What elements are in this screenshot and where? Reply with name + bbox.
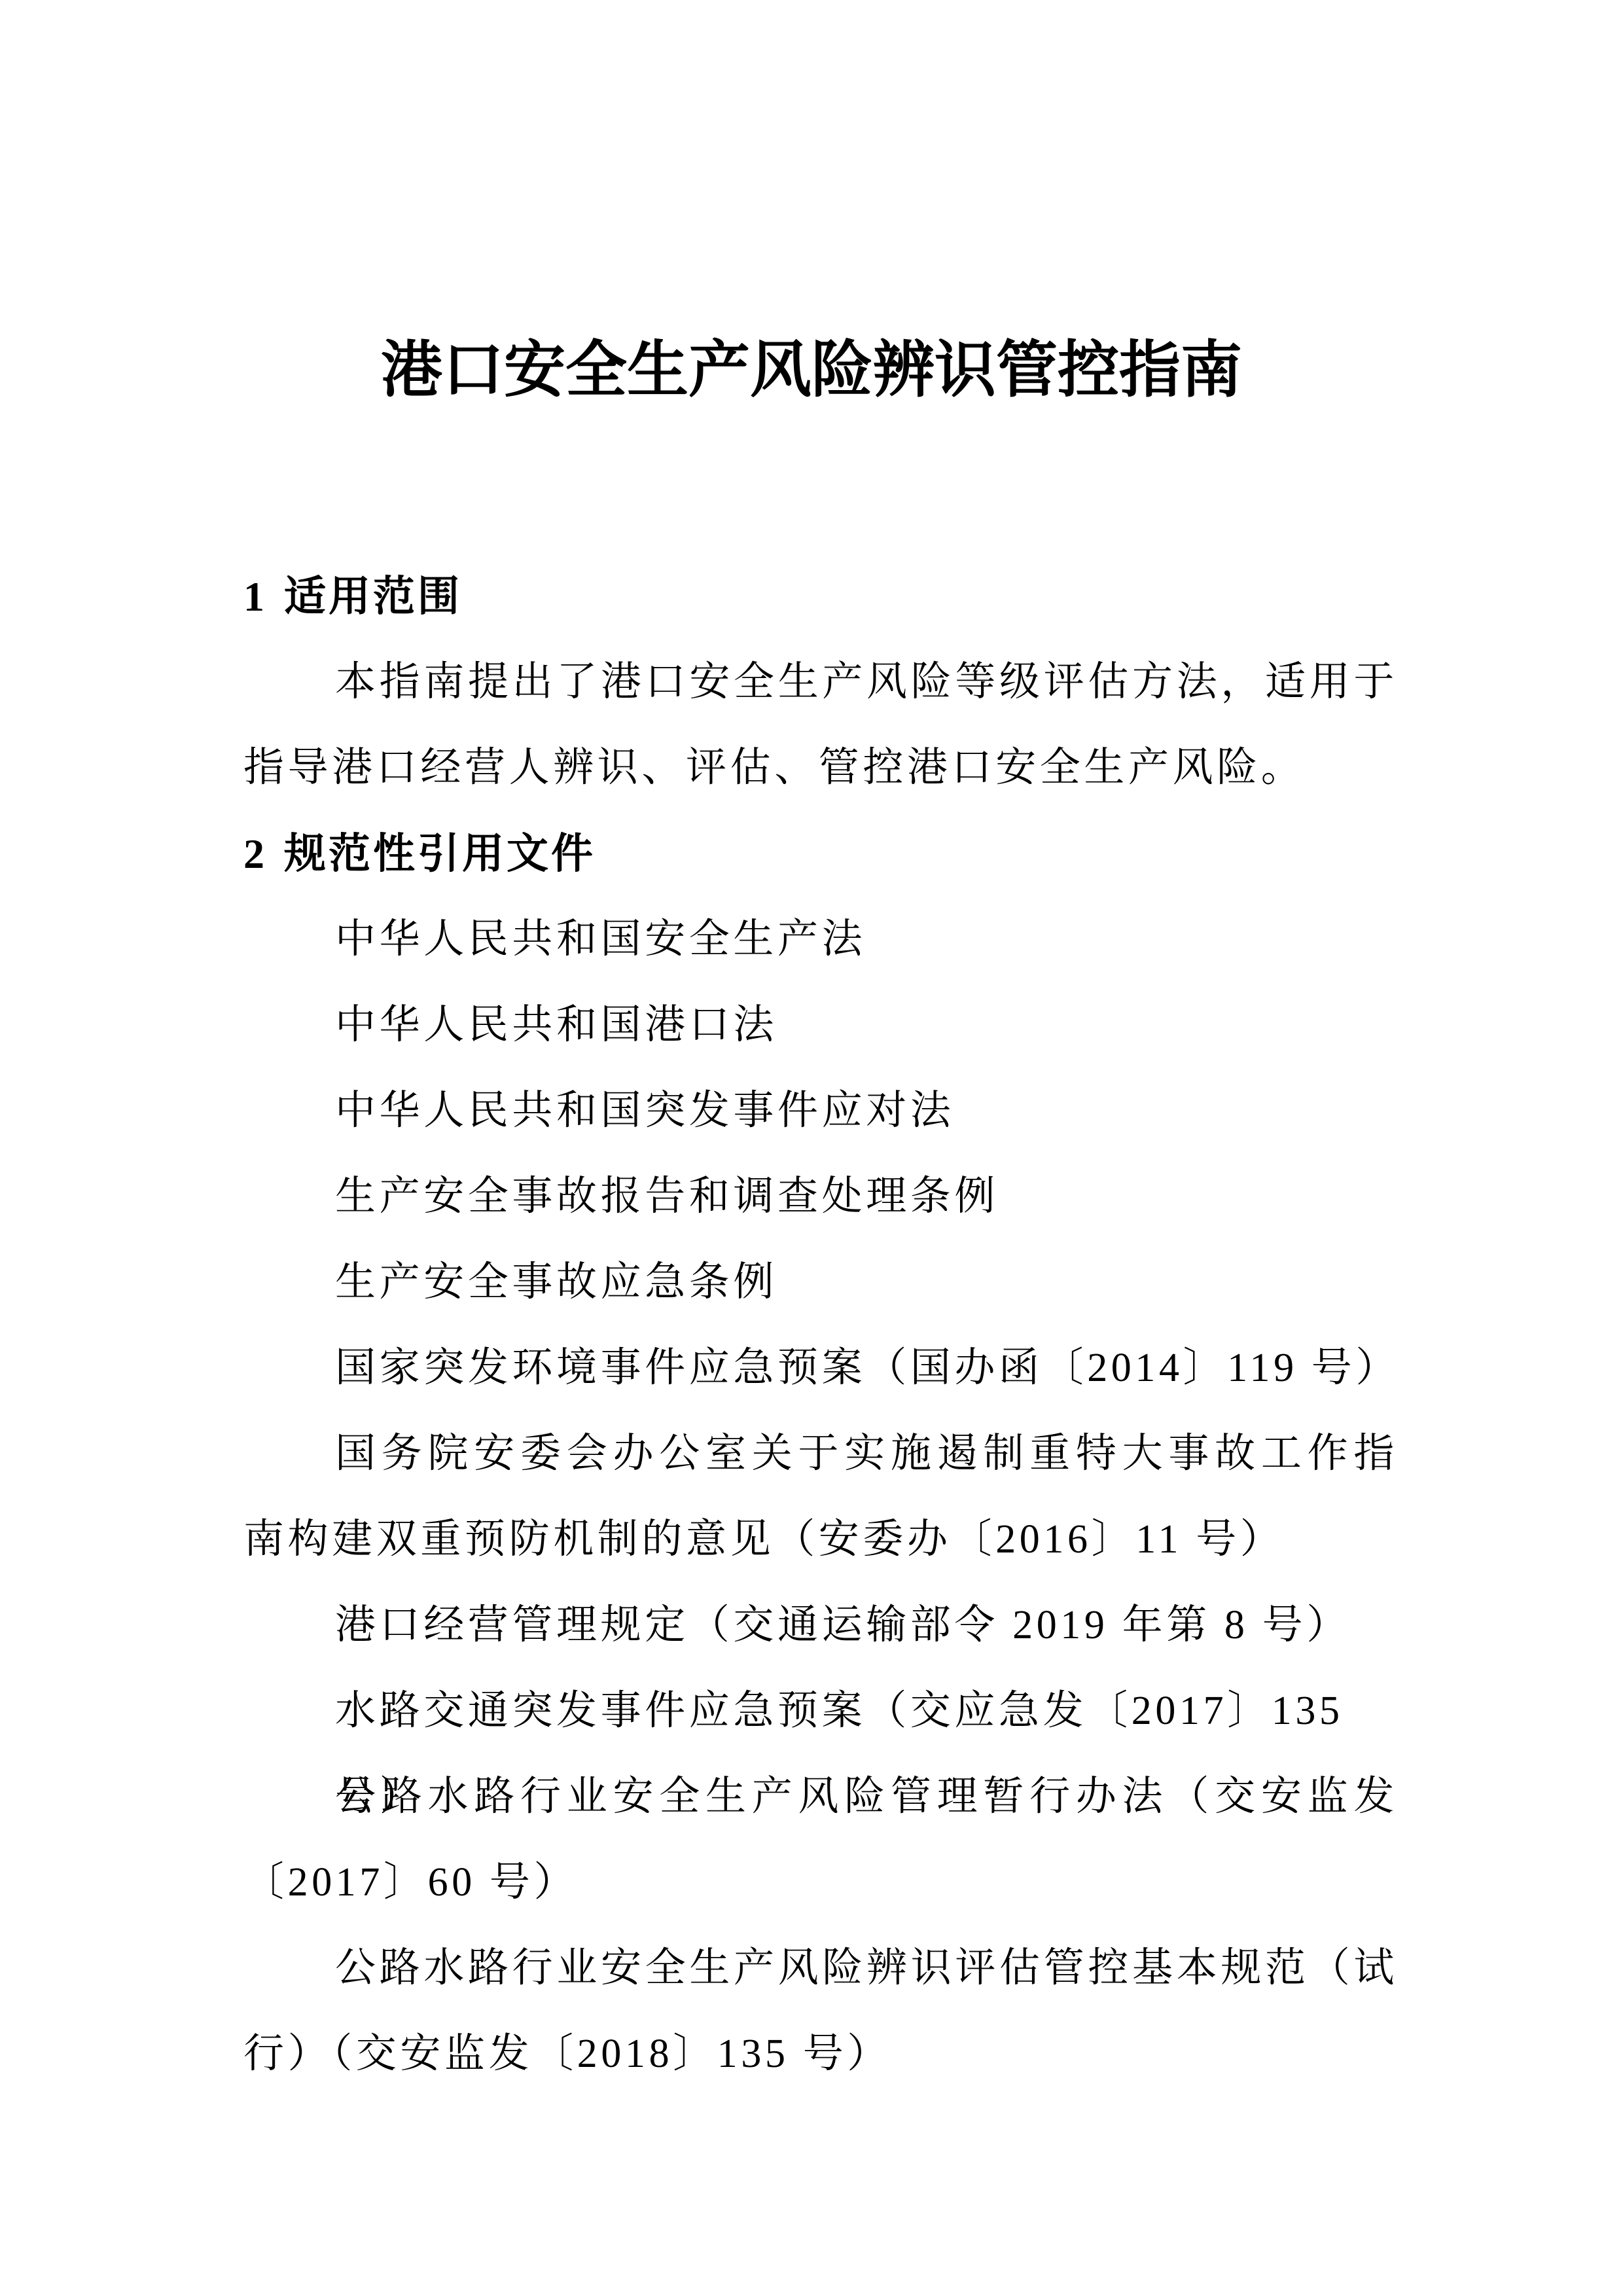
reference-line: 中华人民共和国安全生产法	[243, 897, 1398, 982]
reference-line: 生产安全事故报告和调查处理条例	[243, 1154, 1398, 1240]
reference-line: 南构建双重预防机制的意见（安委办〔2016〕11 号）	[243, 1497, 1398, 1583]
section-2-number: 2	[243, 831, 264, 877]
reference-line: 〔2017〕60 号）	[243, 1840, 1398, 1926]
reference-line: 水路交通突发事件应急预案（交应急发〔2017〕135 号）	[243, 1668, 1398, 1754]
reference-line: 国家突发环境事件应急预案（国办函〔2014〕119 号）	[243, 1325, 1398, 1411]
section-1-title: 适用范围	[284, 573, 462, 620]
section-1-heading: 1适用范围	[243, 554, 1398, 639]
reference-line: 生产安全事故应急条例	[243, 1240, 1398, 1325]
reference-line: 公路水路行业安全生产风险管理暂行办法（交安监发	[243, 1754, 1398, 1840]
section-2-heading: 2规范性引用文件	[243, 811, 1398, 897]
reference-line: 公路水路行业安全生产风险辨识评估管控基本规范（试	[243, 1926, 1398, 2011]
document-body: 1适用范围 本指南提出了港口安全生产风险等级评估方法，适用于 指导港口经营人辨识…	[243, 554, 1398, 2097]
reference-line: 中华人民共和国港口法	[243, 982, 1398, 1068]
reference-line: 行）（交安监发〔2018〕135 号）	[243, 2011, 1398, 2097]
reference-line: 中华人民共和国突发事件应对法	[243, 1068, 1398, 1154]
section-2-title: 规范性引用文件	[284, 830, 596, 877]
reference-line: 港口经营管理规定（交通运输部令 2019 年第 8 号）	[243, 1583, 1398, 1668]
section-1-number: 1	[243, 573, 264, 620]
paragraph-line: 本指南提出了港口安全生产风险等级评估方法，适用于	[243, 639, 1398, 725]
paragraph-line: 指导港口经营人辨识、评估、管控港口安全生产风险。	[243, 725, 1398, 811]
reference-line: 国务院安委会办公室关于实施遏制重特大事故工作指	[243, 1411, 1398, 1497]
document-title: 港口安全生产风险辨识管控指南	[0, 324, 1623, 416]
document-page: 港口安全生产风险辨识管控指南 1适用范围 本指南提出了港口安全生产风险等级评估方…	[0, 0, 1623, 2296]
